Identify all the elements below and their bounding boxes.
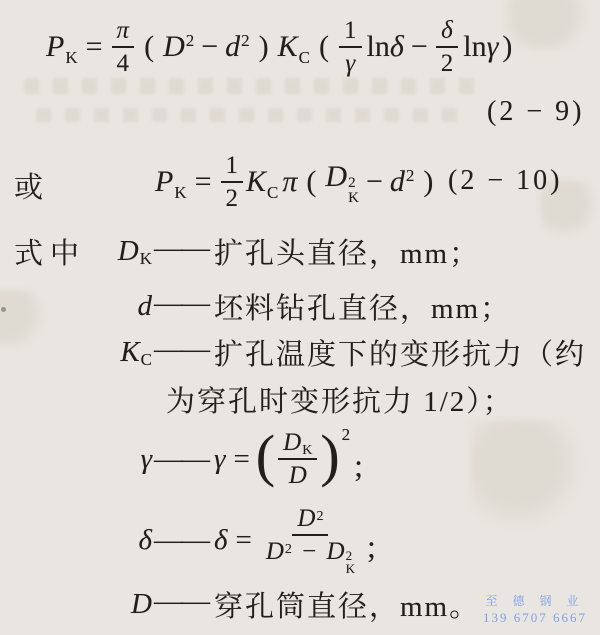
ln-delta: lnδ <box>367 30 404 64</box>
symbol-d: d <box>98 290 152 323</box>
close-paren: ) <box>502 30 512 64</box>
connector-dash: —— <box>154 585 208 618</box>
bleedthrough-artifact <box>470 420 590 530</box>
def-row-d: d —— 坯料钻孔直径，mm； <box>14 286 511 327</box>
var-P-K: PK <box>155 165 187 199</box>
var-K-C: KC <box>278 30 310 64</box>
equals-sign: = <box>235 524 251 557</box>
def-text: 扩孔头直径，mm； <box>214 231 480 272</box>
var-K-C: KC <box>246 165 278 199</box>
def-text: 扩孔温度下的变形抗力（约 <box>214 332 586 373</box>
term-d-squared: d2 <box>390 165 415 199</box>
close-paren: ) <box>423 165 433 199</box>
watermark-phone-number: 139 6707 6667 <box>483 609 587 627</box>
close-paren: ) <box>259 30 269 64</box>
fraction-D2-over-D2-minus-DK2: D2 D2 − D2K <box>261 506 360 574</box>
connector-dash: —— <box>154 232 208 265</box>
eq-2-10-row: 或 PK = 1 2 KC π ( D2K − d2 ) (2 − 10) <box>0 150 600 214</box>
symbol-D: D <box>98 588 152 621</box>
fraction-1-2: 1 2 <box>221 153 244 211</box>
semicolon: ; <box>367 528 376 565</box>
def-row-KC: KC —— 扩孔温度下的变形抗力（约 <box>14 332 586 373</box>
squared-exponent: 2 <box>342 425 351 445</box>
equals-sign: = <box>195 165 212 199</box>
minus-sign: − <box>411 30 428 64</box>
def-text: 穿孔筒直径，mm。 <box>214 584 480 625</box>
connector-dash: —— <box>154 333 208 366</box>
fraction-DK-D: DK D <box>278 430 317 488</box>
def-row-DK: 式中 DK —— 扩孔头直径，mm； <box>14 231 480 272</box>
close-paren: ) <box>320 430 339 482</box>
equation-number-2-10: (2 − 10) <box>448 165 562 197</box>
formula-eq-2-10: PK = 1 2 KC π ( D2K − d2 ) <box>153 150 440 214</box>
open-paren: ( <box>306 165 316 199</box>
delta-lhs: δ <box>214 524 227 557</box>
def-row-gamma: γ —— γ = ( DK D ) 2 ; <box>14 420 363 498</box>
symbol-KC: KC <box>98 336 152 369</box>
term-DK-squared: D2K <box>325 160 359 204</box>
fraction-delta-2: δ 2 <box>436 18 459 76</box>
def-row-D: D —— 穿孔筒直径，mm。 <box>14 584 480 625</box>
connector-dash: —— <box>154 524 208 557</box>
symbol-delta: δ <box>98 524 152 557</box>
formula-eq-2-9: PK = π 4 ( D2 − d2 ) KC ( 1 γ lnδ − δ 2 … <box>44 12 519 82</box>
semicolon: ; <box>354 447 363 484</box>
watermark-company-name: 至 德 钢 业 <box>483 593 587 609</box>
open-paren: ( <box>144 30 154 64</box>
ink-speck <box>1 307 6 312</box>
def-text: 坯料钻孔直径，mm； <box>214 286 511 327</box>
def-row-delta: δ —— δ = D2 D2 − D2K ; <box>14 500 376 580</box>
or-label: 或 <box>14 165 43 206</box>
open-paren: ( <box>256 430 275 482</box>
equation-number-2-9: (2 − 9) <box>487 96 584 128</box>
scanned-document-page: PK = π 4 ( D2 − d2 ) KC ( 1 γ lnδ − δ 2 … <box>0 0 600 635</box>
watermark: 至 德 钢 业 139 6707 6667 <box>483 593 587 627</box>
equals-sign: = <box>233 443 249 476</box>
symbol-DK: DK <box>98 235 152 268</box>
open-paren: ( <box>319 30 329 64</box>
pi-symbol: π <box>282 165 297 199</box>
minus-sign: − <box>366 165 383 199</box>
bleedthrough-artifact <box>36 108 466 122</box>
connector-dash: —— <box>154 443 208 476</box>
term-d-squared: d2 <box>225 30 250 64</box>
def-row-KC-continuation: 为穿孔时变形抗力 1/2）； <box>166 379 514 420</box>
fraction-1-gamma: 1 γ <box>339 18 362 76</box>
term-D-squared: D2 <box>163 30 194 64</box>
symbol-gamma: γ <box>98 443 152 476</box>
where-label: 式中 <box>14 231 98 272</box>
minus-sign: − <box>201 30 218 64</box>
connector-dash: —— <box>154 287 208 320</box>
gamma-lhs: γ <box>214 443 225 476</box>
ln-gamma: lnγ <box>463 30 498 64</box>
var-P-K: PK <box>46 30 78 64</box>
def-text: 为穿孔时变形抗力 1/2）； <box>166 379 514 420</box>
fraction-pi-4: π 4 <box>112 18 135 76</box>
equals-sign: = <box>86 30 103 64</box>
